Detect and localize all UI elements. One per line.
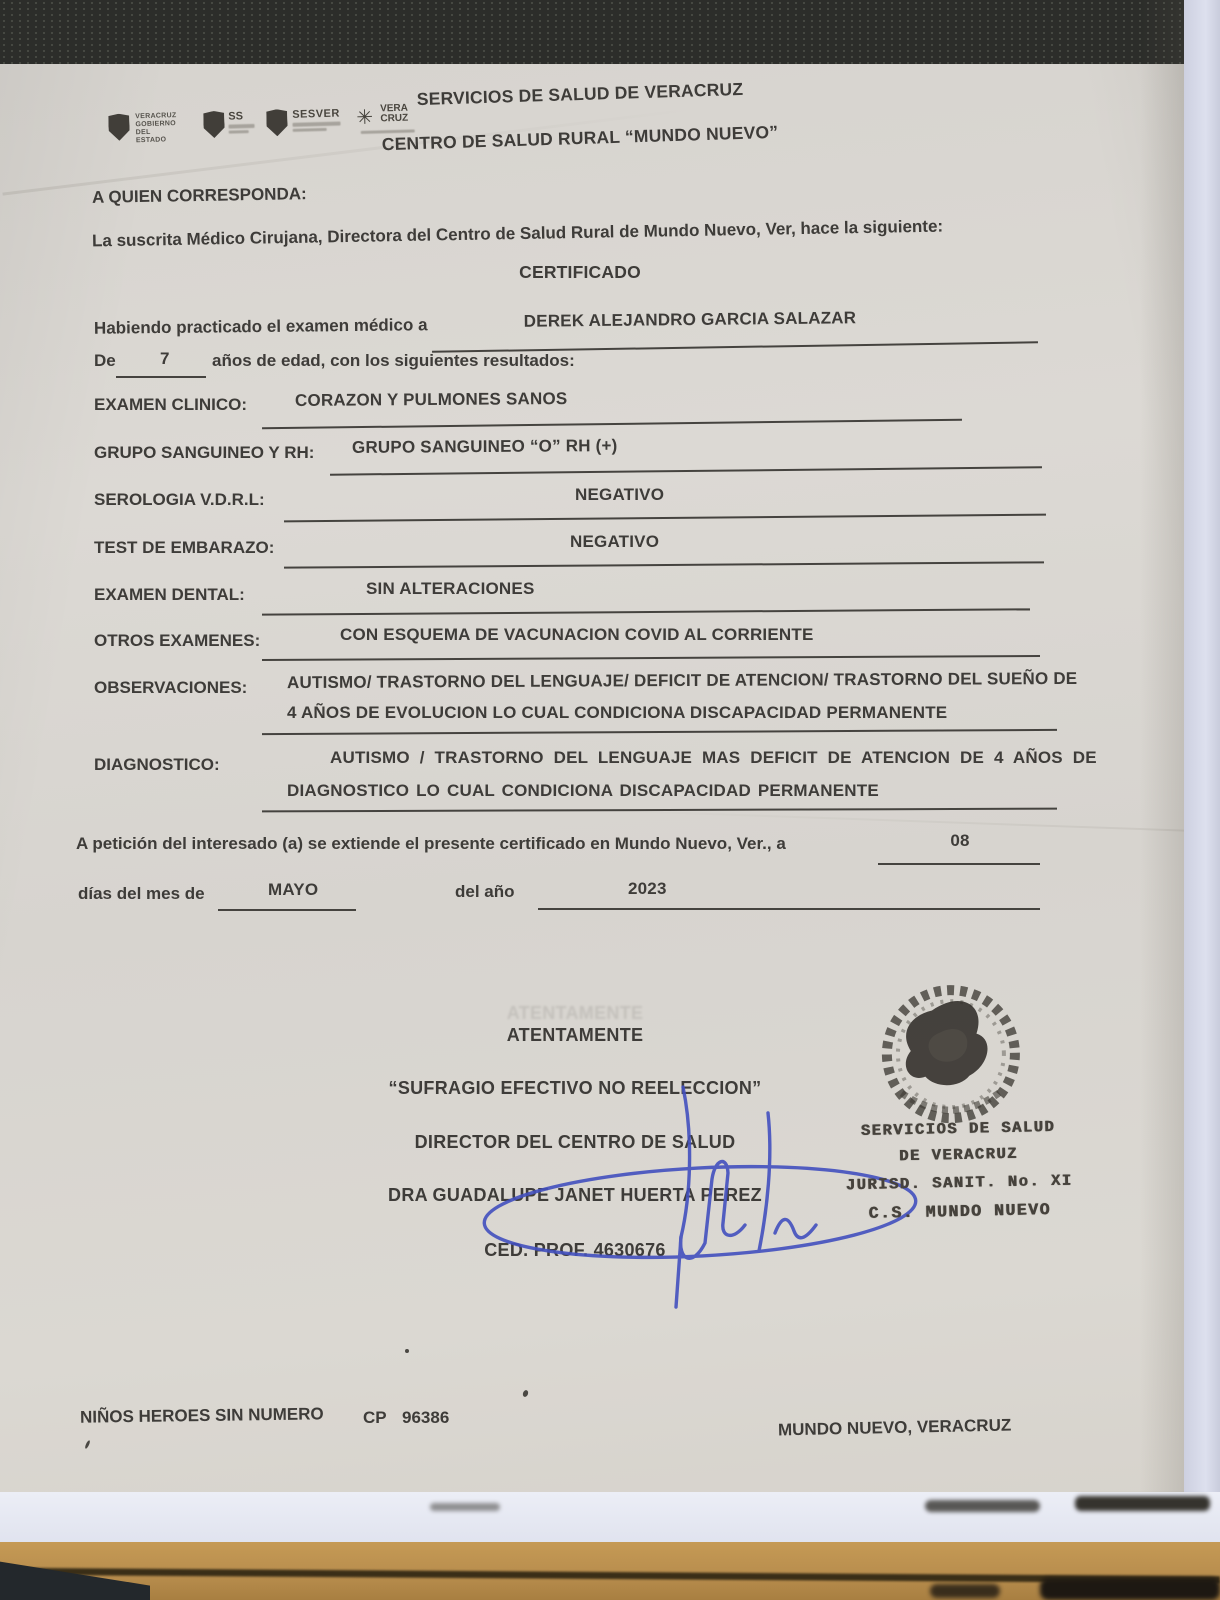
footer-cp-value: 96386 [402, 1408, 449, 1428]
ink-smudge [925, 1500, 1040, 1512]
footer-address: NIÑOS HEROES SIN NUMERO [80, 1404, 324, 1427]
logo-caption-line: SS [228, 110, 243, 122]
field-value: CORAZON Y PULMONES SANOS [295, 389, 568, 411]
field-label: EXAMEN CLINICO: [94, 395, 247, 415]
day-value: 08 [880, 831, 1040, 851]
age-line-suffix: años de edad, con los siguientes resulta… [212, 351, 575, 371]
salutation: A QUIEN CORRESPONDA: [92, 184, 307, 208]
observaciones-line2: 4 AÑOS DE EVOLUCION LO CUAL CONDICIONA D… [287, 703, 947, 723]
official-stamp: SERVICIOS DE SALUD DE VERACRUZ JURISD. S… [827, 979, 1087, 1234]
age-value: 7 [160, 349, 170, 369]
veracruz-gobierno-shield-icon [108, 113, 130, 141]
paper-speck [405, 1349, 409, 1353]
certificate-heading: CERTIFICADO [300, 262, 860, 283]
eagle-seal-icon [869, 980, 1032, 1133]
age-line-prefix: De [94, 351, 116, 371]
exam-line-prefix: Habiendo practicado el examen médico a [94, 315, 428, 338]
logo-caption-line: CRUZ [380, 114, 408, 125]
field-label: OTROS EXAMENES: [94, 631, 260, 651]
sesver-shield-icon [266, 109, 288, 137]
ink-smudge [1075, 1496, 1210, 1511]
ghost-text: ATENTAMENTE [275, 1003, 875, 1024]
dark-desk-mat [0, 0, 1220, 64]
field-label: DIAGNOSTICO: [94, 755, 220, 775]
year-value: 2023 [628, 879, 667, 899]
logo-caption-line: DEL ESTADO [136, 128, 178, 145]
field-value: CON ESQUEMA DE VACUNACION COVID AL CORRI… [340, 625, 814, 645]
field-value: NEGATIVO [575, 485, 664, 505]
logo-caption-blur [229, 130, 249, 134]
stamp-line1: SERVICIOS DE SALUD [830, 1117, 1085, 1140]
field-value: SIN ALTERACIONES [366, 579, 535, 599]
stamp-line4: C.S. MUNDO NUEVO [832, 1199, 1087, 1223]
field-label: SEROLOGIA V.D.R.L: [94, 490, 265, 510]
logo-caption: VERACRUZ GOBIERNO DEL ESTADO [135, 112, 177, 145]
field-underline [218, 909, 356, 911]
stamp-line3: JURISD. SANIT. No. XI [831, 1171, 1086, 1194]
ss-shield-icon [203, 111, 225, 139]
logo-caption-blur [229, 124, 255, 129]
date-middle: del año [455, 882, 515, 902]
field-underline [116, 376, 206, 378]
field-underline [878, 863, 1040, 865]
field-underline [538, 908, 1040, 910]
field-label: TEST DE EMBARAZO: [94, 538, 274, 558]
footer-cp-label: CP [363, 1408, 387, 1428]
signature-line-atentamente: ATENTAMENTE [275, 1025, 875, 1046]
date-prefix: días del mes de [78, 884, 205, 904]
ink-smudge [430, 1503, 500, 1511]
scanned-certificate-photo: VERACRUZ GOBIERNO DEL ESTADO SS SESVER ✳… [0, 0, 1220, 1600]
desk-object [1040, 1578, 1220, 1600]
field-value: NEGATIVO [570, 532, 659, 552]
paper-edge-shadow [1140, 0, 1186, 1600]
month-value: MAYO [268, 880, 318, 900]
field-label: EXAMEN DENTAL: [94, 585, 245, 605]
observaciones-line1: AUTISMO/ TRASTORNO DEL LENGUAJE/ DEFICIT… [287, 669, 1077, 693]
diagnostico-line2: DIAGNOSTICO LO CUAL CONDICIONA DISCAPACI… [287, 781, 879, 801]
desk-object [930, 1584, 1000, 1598]
field-value: GRUPO SANGUINEO “O” RH (+) [352, 436, 618, 458]
under-sheet-right-edge [1184, 0, 1220, 1600]
logo-caption-line: GOBIERNO [135, 120, 177, 129]
diagnostico-line1: AUTISMO / TRASTORNO DEL LENGUAJE MAS DEF… [330, 748, 1097, 768]
field-label: OBSERVACIONES: [94, 678, 247, 698]
field-label: GRUPO SANGUINEO Y RH: [94, 443, 314, 463]
stamp-line2: DE VERACRUZ [831, 1143, 1086, 1166]
petition-text: A petición del interesado (a) se extiend… [76, 834, 786, 854]
